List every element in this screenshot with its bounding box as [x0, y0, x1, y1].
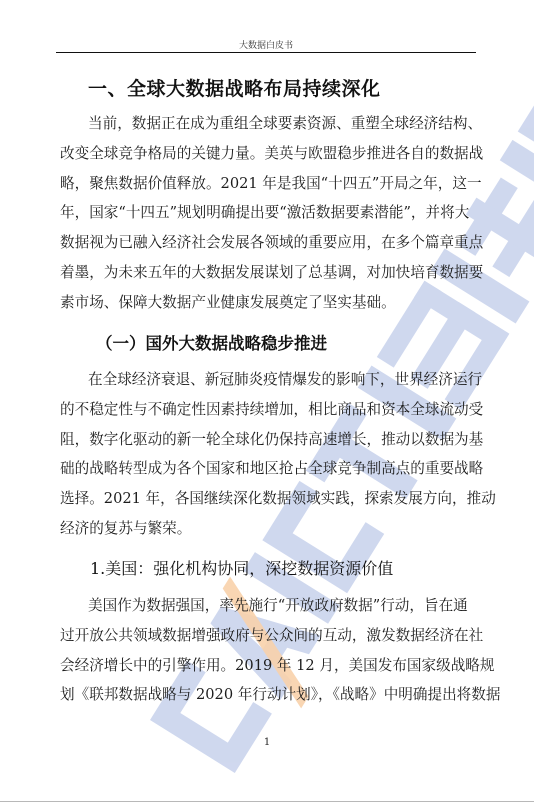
paragraph-line: 素市场、保障大数据产业健康发展奠定了坚实基础。: [60, 288, 464, 318]
paragraph-line: 过开放公共领域数据增强政府与公众间的互动，激发数据经济在社: [60, 621, 464, 651]
subsection-heading: （一）国外大数据战略稳步推进: [96, 330, 327, 354]
paragraph-line: 当前，数据正在成为重组全球要素资源、重塑全球经济结构、: [60, 109, 464, 139]
page-number: 1: [0, 737, 534, 748]
paragraph-3: 美国作为数据强国，率先施行“开放政府数据”行动，旨在通 过开放公共领域数据增强政…: [60, 591, 464, 710]
section-heading: 一、全球大数据战略布局持续深化: [88, 74, 381, 101]
document-page: 大数据白皮书 一、全球大数据战略布局持续深化 当前，数据正在成为重组全球要素资源…: [0, 0, 534, 802]
paragraph-line: 数据视为已融入经济社会发展各领域的重要应用，在多个篇章重点: [60, 228, 464, 258]
paragraph-line: 略，聚焦数据价值释放。2021 年是我国“十四五”开局之年，这一: [60, 169, 464, 199]
paragraph-line: 年，国家“十四五”规划明确提出要“激活数据要素潜能”，并将大: [60, 198, 464, 228]
paragraph-line: 的不稳定性与不确定性因素持续增加，相比商品和资本全球流动受: [60, 395, 464, 425]
running-header: 大数据白皮书: [56, 38, 476, 51]
paragraph-2: 在全球经济衰退、新冠肺炎疫情爆发的影响下，世界经济运行 的不稳定性与不确定性因素…: [60, 365, 464, 544]
paragraph-line: 美国作为数据强国，率先施行“开放政府数据”行动，旨在通: [60, 591, 464, 621]
paragraph-line: 划《联邦数据战略与 2020 年行动计划》，《战略》中明确提出将数据: [60, 680, 464, 710]
paragraph-1: 当前，数据正在成为重组全球要素资源、重塑全球经济结构、 改变全球竞争格局的关键力…: [60, 109, 464, 318]
paragraph-line: 选择。2021 年，各国继续深化数据领域实践，探索发展方向，推动: [60, 484, 464, 514]
paragraph-line: 阻，数字化驱动的新一轮全球化仍保持高速增长，推动以数据为基: [60, 425, 464, 455]
paragraph-line: 础的战略转型成为各个国家和地区抢占全球竞争制高点的重要战略: [60, 454, 464, 484]
paragraph-line: 在全球经济衰退、新冠肺炎疫情爆发的影响下，世界经济运行: [60, 365, 464, 395]
paragraph-line: 改变全球竞争格局的关键力量。美英与欧盟稳步推进各自的数据战: [60, 139, 464, 169]
paragraph-line: 着墨，为未来五年的大数据发展谋划了总基调，对加快培育数据要: [60, 258, 464, 288]
header-divider: [56, 52, 476, 53]
paragraph-line: 会经济增长中的引擎作用。2019 年 12 月，美国发布国家级战略规: [60, 651, 464, 681]
sub-subsection-heading: 1.美国：强化机构协同，深挖数据资源价值: [90, 556, 393, 579]
paragraph-line: 经济的复苏与繁荣。: [60, 514, 464, 544]
